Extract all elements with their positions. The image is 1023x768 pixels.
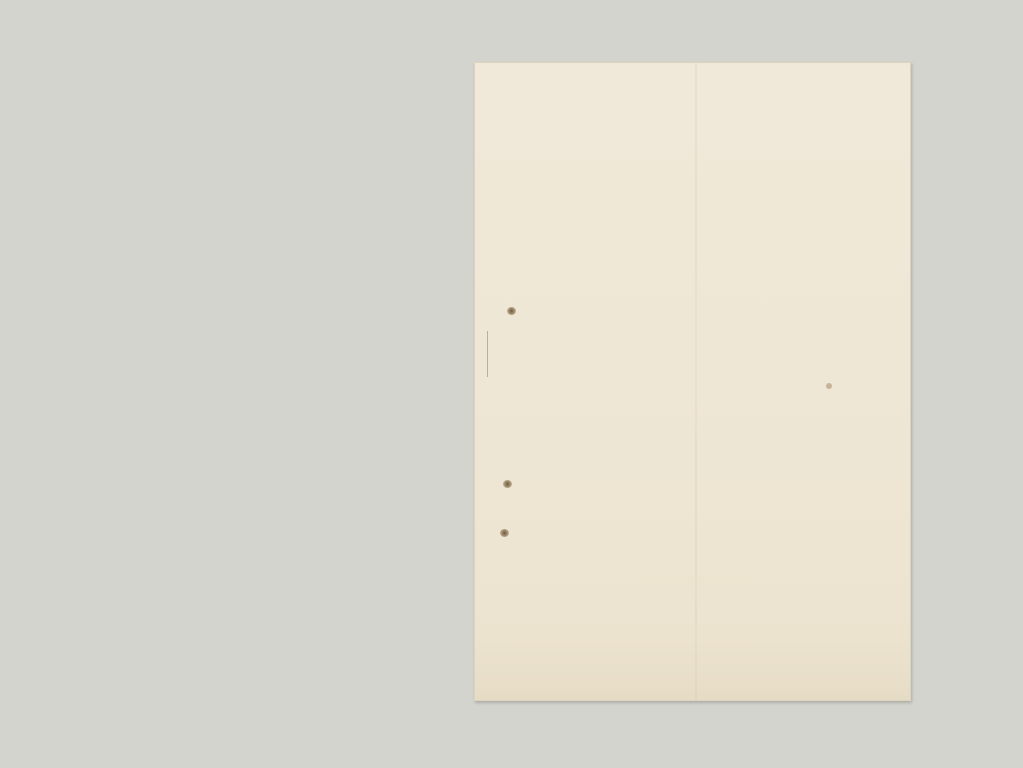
blank-paper-page	[474, 62, 911, 701]
margin-mark	[487, 331, 488, 377]
center-fold	[695, 63, 697, 700]
stain-spot	[826, 383, 832, 389]
staple-hole	[507, 307, 516, 315]
staple-hole	[503, 480, 512, 488]
staple-hole	[500, 529, 509, 537]
